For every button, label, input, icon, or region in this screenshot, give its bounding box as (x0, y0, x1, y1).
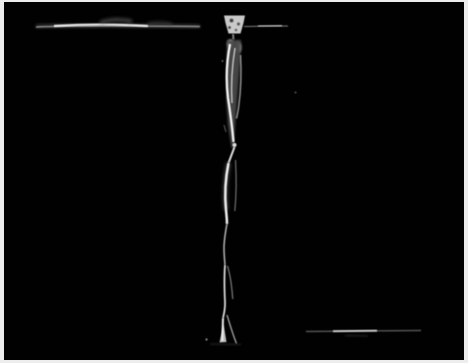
bottom-right-streak-bright (333, 331, 377, 332)
ankle-side-dot (205, 338, 207, 340)
knee-texture-spot-3 (228, 26, 231, 29)
radiograph-film (0, 0, 468, 363)
leg-scan-image (0, 0, 468, 363)
joint-gap-connector (233, 34, 234, 40)
scan-shape-layer (0, 0, 468, 363)
right-faint-dot (294, 91, 296, 93)
knee-texture-spot-2 (237, 23, 240, 26)
knee-texture-spot-1 (230, 19, 234, 23)
shaft-knot (232, 143, 236, 147)
ankle-main-strand (222, 318, 223, 341)
knee-texture-spot-4 (235, 29, 238, 32)
ankle-ground-smudge (210, 344, 241, 345)
bottom-right-under-smudge (345, 336, 368, 337)
calf-left-dot (222, 60, 224, 62)
